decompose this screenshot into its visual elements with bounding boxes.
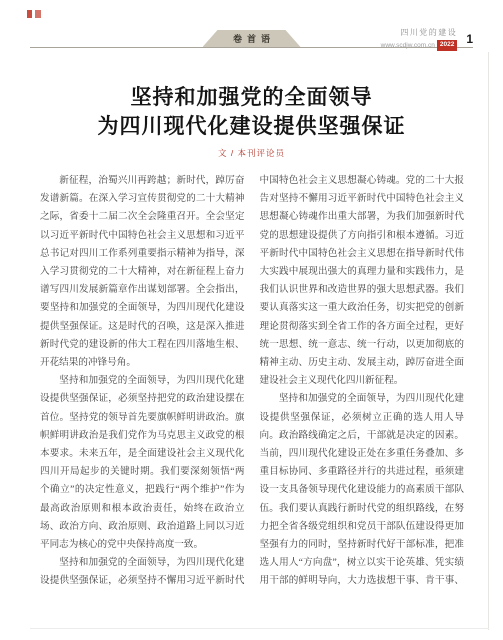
article-title-line1: 坚持和加强党的全面领导 — [0, 83, 503, 112]
issue-badge: 2022 — [437, 40, 457, 51]
magazine-page: 卷首语 四川党的建设 www.scdjw.com.cn 2022 1 坚持和加强… — [0, 0, 503, 640]
registration-marks-icon — [27, 10, 41, 18]
masthead: 四川党的建设 www.scdjw.com.cn 2022 1 — [381, 27, 473, 51]
article-title: 坚持和加强党的全面领导 为四川现代化建设提供坚强保证 — [0, 83, 503, 141]
magazine-name: 四川党的建设 — [381, 27, 458, 38]
masthead-text-block: 四川党的建设 www.scdjw.com.cn 2022 — [381, 27, 458, 51]
page-edge-right — [488, 52, 489, 630]
registration-mark-icon — [27, 10, 32, 18]
article-paragraph: 新征程，治蜀兴川再跨越；新时代，踔厉奋发谱新篇。在深入学习宣传贯彻党的二十大精神… — [40, 172, 245, 372]
section-tab: 卷首语 — [203, 30, 301, 47]
article-title-line2: 为四川现代化建设提供坚强保证 — [0, 112, 503, 141]
page-edge-bottom — [30, 628, 489, 629]
article-byline: 文 / 本刊评论员 — [0, 147, 503, 159]
article-body: 新征程，治蜀兴川再跨越；新时代，踔厉奋发谱新篇。在深入学习宣传贯彻党的二十大精神… — [40, 172, 464, 602]
registration-mark-icon — [35, 10, 41, 18]
article-paragraph: 坚持和加强党的全面领导，为四川现代化建设提供坚强保证，必须坚持把党的政治建设摆在… — [40, 372, 245, 554]
masthead-line2: www.scdjw.com.cn 2022 — [381, 40, 458, 51]
page-number: 1 — [466, 32, 473, 46]
section-tab-label: 卷首语 — [233, 32, 275, 45]
magazine-website: www.scdjw.com.cn — [381, 42, 435, 49]
